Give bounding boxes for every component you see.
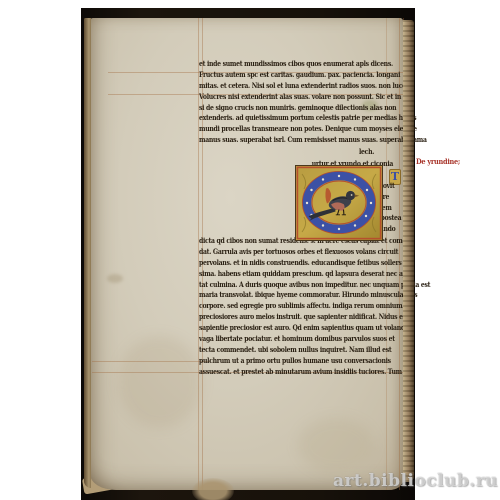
text-line: Fructus autem spc est caritas. gaudium. … <box>199 70 406 81</box>
stain <box>192 478 234 500</box>
text-line: si de signo crucis non muniris. geminoqu… <box>199 103 406 114</box>
text-line: maria transvolat. ibique hyeme commoratu… <box>199 290 406 301</box>
text-line: sapientie preciosior est auro. Qd enim s… <box>199 323 406 334</box>
text-line: preciosiores auro melos instruit. que sa… <box>199 312 406 323</box>
manuscript-photo: et inde sumet mundissimos cibos quos enu… <box>81 8 415 500</box>
text-line: extenderis. ad quietissimum portum celes… <box>199 113 406 124</box>
text-line: assuescat. et prestet ab minutarum avium… <box>199 367 406 378</box>
text-line: dat. Garrula avis per tortuosos orbes et… <box>199 247 406 258</box>
text-line: tat culmina. A duris quoque avibus non i… <box>199 280 406 291</box>
binding-gutter <box>84 18 91 488</box>
chapter-rubric: De yrundine; <box>416 157 460 166</box>
text-line: et inde sumet mundissimos cibos quos enu… <box>199 59 406 70</box>
book-fore-edge <box>403 20 414 482</box>
text-column-lower: dicta qd cibos non sumat residens. s. in… <box>199 236 406 378</box>
text-line: corpore. sed egregie pro sublimis affect… <box>199 301 406 312</box>
stain <box>118 336 202 428</box>
watermark: art.biblioclub.ru <box>333 471 498 491</box>
stain <box>107 274 123 283</box>
text-line: manus suas. superabat isrl. Cum remisiss… <box>199 135 406 146</box>
stain <box>298 418 374 472</box>
line-end-word: lech. <box>359 147 374 158</box>
text-line: pulchrum ut a primo ortu pullos humane u… <box>199 356 406 367</box>
swallow-miniature <box>295 165 383 241</box>
text-line: tecta commendet. ubi sobolem nullus inqu… <box>199 345 406 356</box>
text-line: Volucres nisi extenderint alas suas. vol… <box>199 92 406 103</box>
scan-canvas: et inde sumet mundissimos cibos quos enu… <box>0 0 500 500</box>
manuscript-page: et inde sumet mundissimos cibos quos enu… <box>90 18 403 490</box>
text-line: pervolans. et in nidis construendis. edu… <box>199 258 406 269</box>
text-line: vaga libertate pociatur. et hominum domi… <box>199 334 406 345</box>
text-line: mundi procellas transmeare non potes. De… <box>199 124 406 135</box>
text-line: mitas. et cetera. Nisi sol et luna exten… <box>199 81 406 92</box>
text-line: sima. habens etiam quiddam prescium. qd … <box>199 269 406 280</box>
text-column-upper: et inde sumet mundissimos cibos quos enu… <box>199 59 406 146</box>
